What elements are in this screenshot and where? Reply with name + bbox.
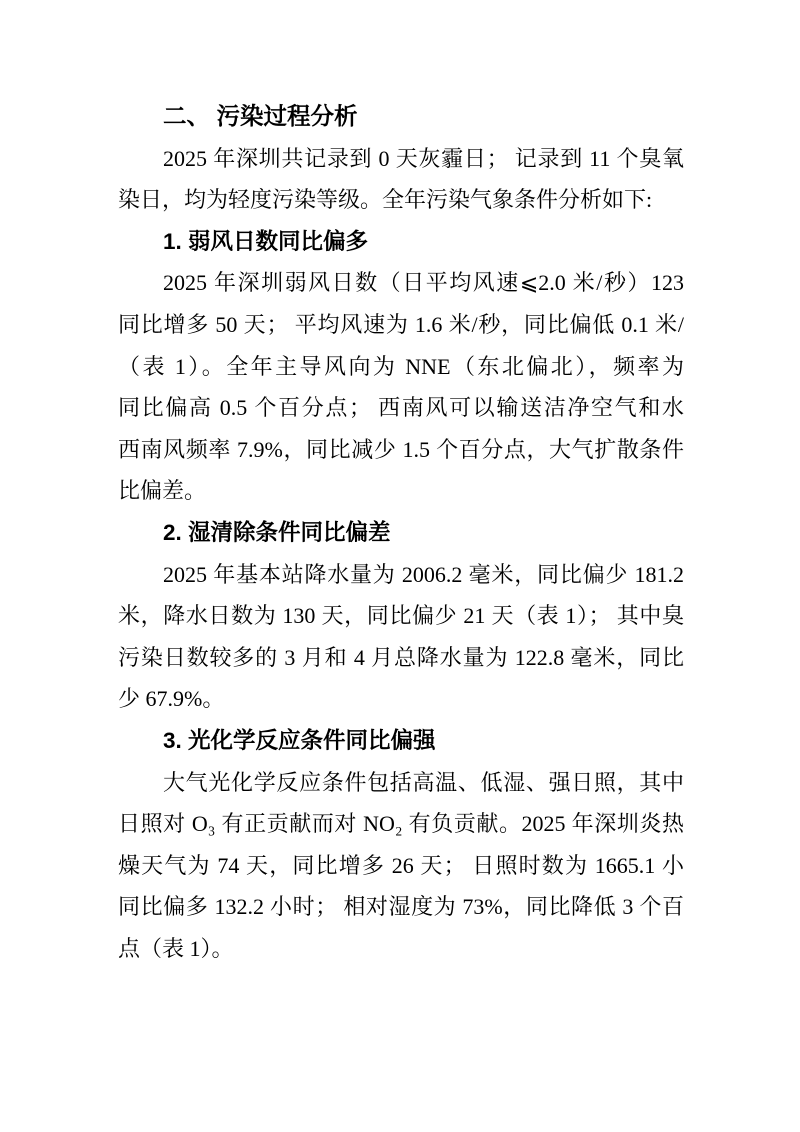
text-line: 比偏差。: [118, 470, 684, 512]
text-line: 大气光化学反应条件包括高温、低湿、强日照，其中强: [118, 762, 684, 804]
text-line: 污染日数较多的 3 月和 4 月总降水量为 122.8 毫米，同比偏: [118, 637, 684, 679]
subsection-title: 2. 湿清除条件同比偏差: [118, 512, 684, 554]
document-page: 二、 污染过程分析2025 年深圳共记录到 0 天灰霾日； 记录到 11 个臭氧…: [0, 0, 800, 1132]
paragraph: 大气光化学反应条件包括高温、低湿、强日照，其中强日照对 O₃ 有正贡献而对 NO…: [118, 762, 684, 970]
text-line: （表 1）。全年主导风向为 NNE（东北偏北），频率为 19.6%，: [118, 346, 684, 388]
paragraph: 2025 年基本站降水量为 2006.2 毫米，同比偏少 181.2 毫米，降水…: [118, 554, 684, 720]
text-line: 日照对 O₃ 有正贡献而对 NO₂ 有负贡献。2025 年深圳炎热干: [118, 803, 684, 845]
paragraph: 2025 年深圳弱风日数（日平均风速⩽2.0 米/秒）123 天，同比增多 50…: [118, 262, 684, 512]
text-line: 同比增多 50 天； 平均风速为 1.6 米/秒，同比偏低 0.1 米/秒: [118, 304, 684, 346]
text-line: 米，降水日数为 130 天，同比偏少 21 天（表 1）； 其中臭氧: [118, 595, 684, 637]
section-title: 二、 污染过程分析: [118, 96, 684, 138]
text-line: 同比偏高 0.5 个百分点； 西南风可以输送洁净空气和水汽，: [118, 387, 684, 429]
document-body: 二、 污染过程分析2025 年深圳共记录到 0 天灰霾日； 记录到 11 个臭氧…: [118, 96, 684, 969]
text-line: 2025 年深圳弱风日数（日平均风速⩽2.0 米/秒）123 天，: [118, 262, 684, 304]
subsection-title: 3. 光化学反应条件同比偏强: [118, 720, 684, 762]
text-line: 西南风频率 7.9%，同比减少 1.5 个百分点，大气扩散条件同: [118, 429, 684, 471]
text-line: 燥天气为 74 天，同比增多 26 天； 日照时数为 1665.1 小时，: [118, 845, 684, 887]
text-line: 2025 年基本站降水量为 2006.2 毫米，同比偏少 181.2 毫: [118, 554, 684, 596]
text-line: 2025 年深圳共记录到 0 天灰霾日； 记录到 11 个臭氧污: [118, 138, 684, 180]
subsection-title: 1. 弱风日数同比偏多: [118, 221, 684, 263]
text-line: 染日，均为轻度污染等级。全年污染气象条件分析如下:: [118, 179, 684, 221]
paragraph: 2025 年深圳共记录到 0 天灰霾日； 记录到 11 个臭氧污染日，均为轻度污…: [118, 138, 684, 221]
text-line: 少 67.9%。: [118, 678, 684, 720]
text-line: 点（表 1）。: [118, 928, 684, 970]
text-line: 同比偏多 132.2 小时； 相对湿度为 73%，同比降低 3 个百分: [118, 886, 684, 928]
